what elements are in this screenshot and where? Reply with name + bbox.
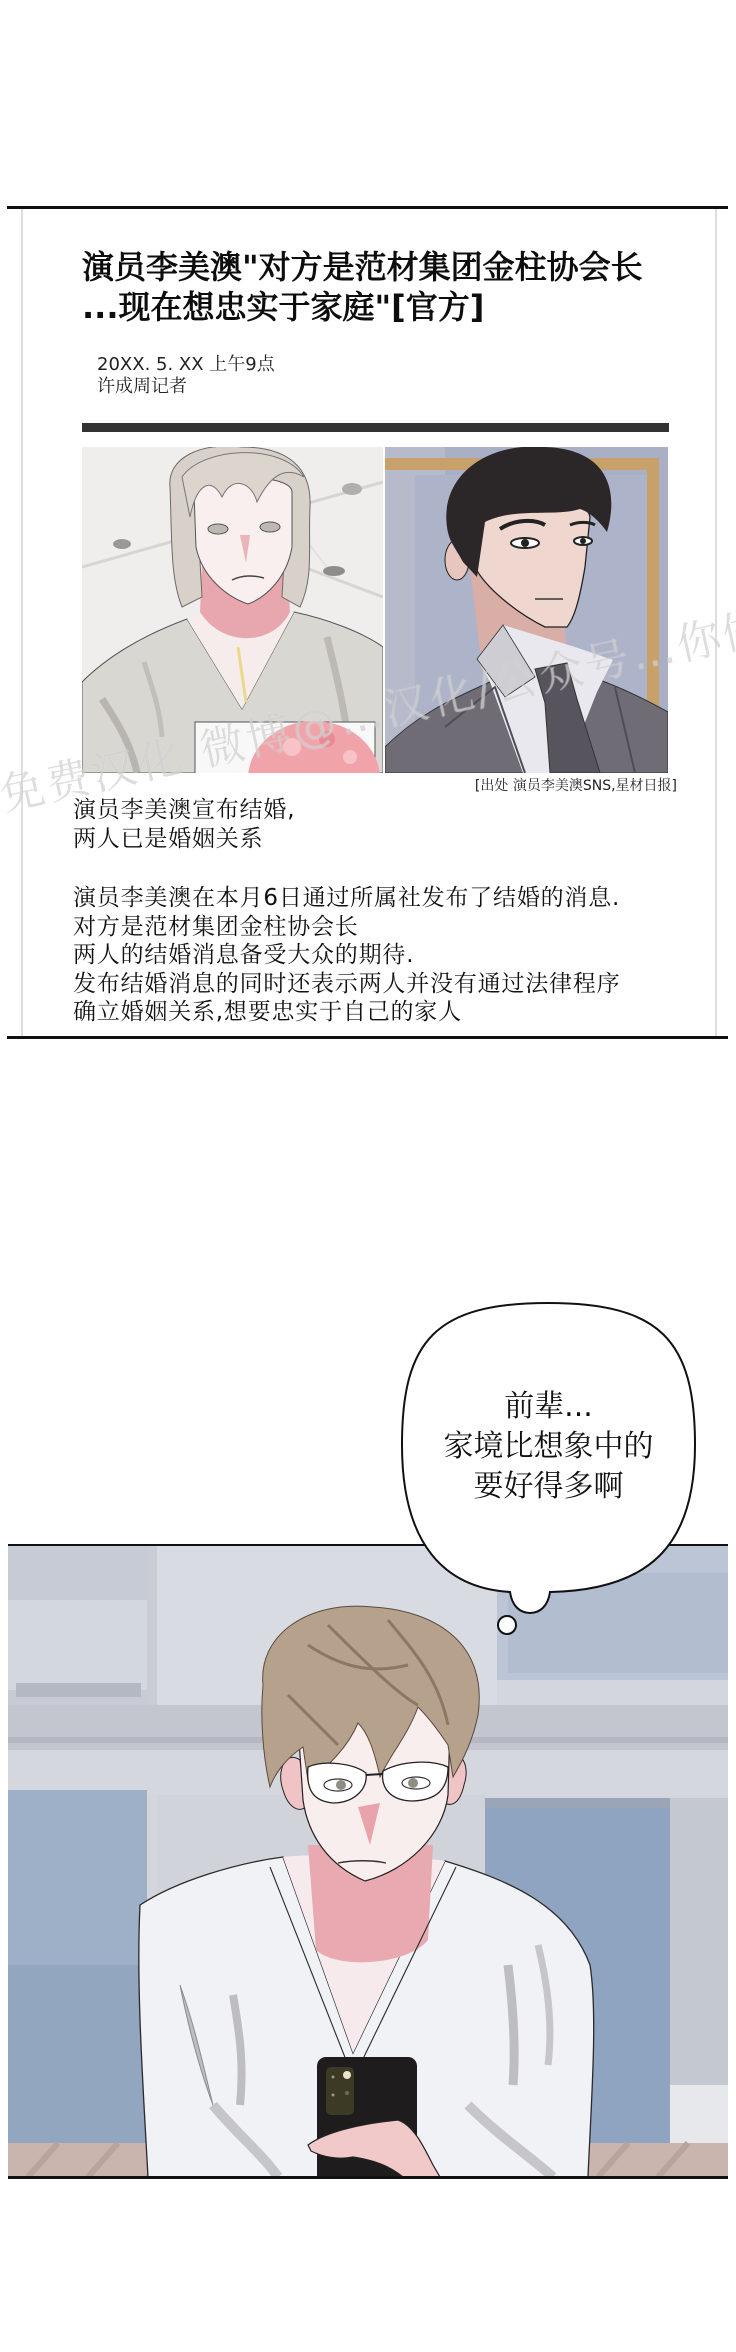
body-paragraph: 演员李美澳在本月6日通过所属社发布了结婚的消息. 对方是范材集团金柱协会长 两人… <box>73 884 620 1027</box>
news-photo-right <box>385 447 668 773</box>
body-paragraph: 演员李美澳宣布结婚, 两人已是婚姻关系 <box>73 796 620 853</box>
article-divider-bar <box>82 423 669 432</box>
body-line: 确立婚姻关系,想要忠实于自己的家人 <box>73 998 620 1027</box>
bubble-line: 前辈... <box>402 1387 695 1427</box>
article-reporter: 许成周记者 <box>97 376 275 398</box>
article-body: 演员李美澳宣布结婚, 两人已是婚姻关系 演员李美澳在本月6日通过所属社发布了结婚… <box>73 796 620 1027</box>
bubble-line: 家境比想象中的 <box>402 1427 695 1467</box>
headline-line: 演员李美澳"对方是范材集团金柱协会长 <box>82 247 643 287</box>
body-line: 演员李美澳在本月6日通过所属社发布了结婚的消息. <box>73 884 620 913</box>
article-meta: 20XX. 5. XX 上午9点 许成周记者 <box>97 354 275 398</box>
headline-line: ...现在想忠实于家庭"[官方] <box>82 287 643 327</box>
body-line: 演员李美澳宣布结婚, <box>73 796 620 825</box>
article-date: 20XX. 5. XX 上午9点 <box>97 354 275 376</box>
body-line: 两人的结婚消息备受大众的期待. <box>73 941 620 970</box>
bubble-line: 要好得多啊 <box>402 1467 695 1507</box>
body-line: 发布结婚消息的同时还表示两人并没有通过法律程序 <box>73 970 620 999</box>
news-photo-left <box>82 447 383 773</box>
photo-caption: [出处 演员李美澳SNS,星材日报] <box>440 777 677 795</box>
thought-bubble-text: 前辈... 家境比想象中的 要好得多啊 <box>402 1387 695 1507</box>
article-headline: 演员李美澳"对方是范材集团金柱协会长 ...现在想忠实于家庭"[官方] <box>82 247 643 327</box>
panel-bottom-border <box>8 2176 728 2179</box>
article-bottom-rule <box>7 1036 728 1039</box>
body-line: 对方是范材集团金柱协会长 <box>73 913 620 942</box>
body-line: 两人已是婚姻关系 <box>73 825 620 854</box>
